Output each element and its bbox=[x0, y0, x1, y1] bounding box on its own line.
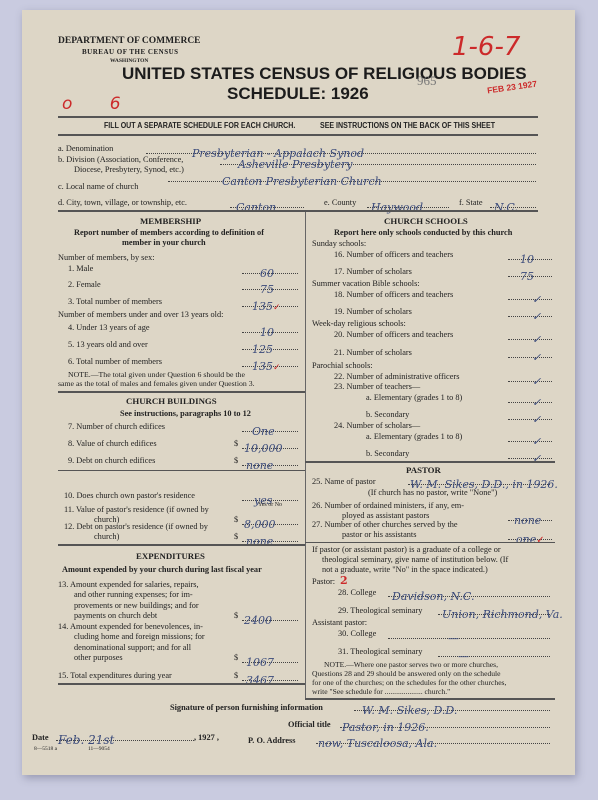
q19-label: 19. Number of scholars bbox=[334, 307, 412, 317]
q13-amount-field[interactable]: 2400 bbox=[242, 609, 298, 621]
q23-label: 23. Number of teachers— bbox=[334, 382, 420, 392]
denomination-label: a. Denomination bbox=[58, 144, 113, 154]
q24a-field[interactable]: ✓ bbox=[508, 430, 552, 442]
q27-label: 27. Number of other churches served by t… bbox=[312, 520, 458, 530]
q3-value: 135 bbox=[252, 300, 273, 313]
q14-label: 14. Amount expended for benevolences, in… bbox=[58, 622, 205, 663]
q9-label: 9. Debt on church edifices bbox=[68, 456, 155, 466]
instruction-left: FILL OUT A SEPARATE SCHEDULE FOR EACH CH… bbox=[104, 120, 295, 130]
members-by-sex-label: Number of members, by sex: bbox=[58, 253, 155, 263]
currency-sign: $ bbox=[234, 611, 238, 621]
division-label: b. Division (Association, Conference, bbox=[58, 155, 183, 165]
q27-field[interactable]: one✓ bbox=[508, 528, 552, 540]
q14-line: other purposes bbox=[74, 653, 205, 663]
membership-intro: Report number of members according to de… bbox=[74, 228, 264, 238]
q7-label: 7. Number of church edifices bbox=[68, 422, 165, 432]
age-label: Number of members under and over 13 year… bbox=[58, 310, 223, 320]
q23b-value: ✓ bbox=[532, 413, 541, 426]
q2-female-field[interactable]: 75 bbox=[242, 278, 298, 290]
signature-label: Signature of person furnishing informati… bbox=[170, 703, 323, 713]
q13-line: provements or new buildings; and for bbox=[74, 601, 199, 611]
local-name-value: Canton Presbyterian Church bbox=[222, 175, 382, 188]
q17-value: 75 bbox=[520, 270, 534, 283]
q13-value: 2400 bbox=[244, 614, 272, 627]
po-address-field[interactable]: now, Tuscaloosa, Ala. bbox=[316, 732, 550, 744]
graduate-instruction: If pastor (or assistant pastor) is a gra… bbox=[312, 545, 501, 555]
date-year: , 1927 , bbox=[194, 733, 219, 743]
q23b-field[interactable]: ✓ bbox=[508, 408, 552, 420]
q26-field[interactable]: none bbox=[508, 509, 552, 521]
q14-line: cluding home and foreign missions; for bbox=[74, 632, 205, 642]
state-field[interactable]: N.C. bbox=[490, 196, 536, 208]
currency-sign: $ bbox=[234, 653, 238, 663]
q23a-label: a. Elementary (grades 1 to 8) bbox=[366, 393, 462, 403]
q11-label: 11. Value of pastor's residence (if owne… bbox=[64, 505, 209, 515]
local-name-field[interactable]: Canton Presbyterian Church bbox=[168, 170, 536, 182]
q24a-label: a. Elementary (grades 1 to 8) bbox=[366, 432, 462, 442]
q13-line: payments on church debt bbox=[74, 611, 199, 621]
buildings-intro: See instructions, paragraphs 10 to 12 bbox=[120, 409, 251, 419]
q13-line: and other running expenses; for im- bbox=[74, 590, 199, 600]
instruction-right: SEE INSTRUCTIONS ON THE BACK OF THIS SHE… bbox=[320, 120, 495, 130]
schools-intro: Report here only schools conducted by th… bbox=[334, 228, 512, 238]
q31-seminary-field[interactable]: — bbox=[438, 645, 550, 657]
local-name-label: c. Local name of church bbox=[58, 182, 138, 192]
signature-field[interactable]: W. M. Sikes, D.D. bbox=[354, 699, 550, 711]
assistant-pastor-label: Assistant pastor: bbox=[312, 618, 367, 628]
note-line: write "See schedule for ................… bbox=[312, 687, 506, 696]
q12-label: 12. Debt on pastor's residence (if owned… bbox=[64, 522, 208, 532]
county-label: e. County bbox=[324, 198, 356, 208]
q10-label: 10. Does church own pastor's residence bbox=[64, 491, 195, 501]
q29-seminary-field[interactable]: Union, Richmond, Va. bbox=[438, 603, 550, 615]
county-field[interactable]: Haywood bbox=[367, 196, 449, 208]
q13-line: 13. Amount expended for salaries, repair… bbox=[58, 580, 199, 590]
checkmark-icon: ✓ bbox=[273, 363, 281, 373]
q6-total-field[interactable]: 135✓ bbox=[242, 355, 298, 367]
q19-field[interactable]: ✓ bbox=[508, 305, 552, 317]
po-address-label: P. O. Address bbox=[248, 736, 296, 746]
q1-male-field[interactable]: 60 bbox=[242, 262, 298, 274]
q6-label: 6. Total number of members bbox=[68, 357, 162, 367]
q18-label: 18. Number of officers and teachers bbox=[334, 290, 453, 300]
q8-label: 8. Value of church edifices bbox=[68, 439, 157, 449]
note-line: Questions 28 and 29 should be answered o… bbox=[312, 669, 506, 678]
q24b-label: b. Secondary bbox=[366, 449, 409, 459]
q20-value: ✓ bbox=[532, 333, 541, 346]
q9-debt-field[interactable]: none bbox=[242, 454, 298, 466]
q29-label: 29. Theological seminary bbox=[338, 606, 422, 616]
q15-value: 3467 bbox=[246, 674, 274, 687]
pastor-label: Pastor: bbox=[312, 577, 335, 587]
q22-value: ✓ bbox=[532, 375, 541, 388]
q8-value-field[interactable]: 10,000 bbox=[242, 437, 298, 449]
q11-value-field[interactable]: 8,000 bbox=[242, 513, 298, 525]
q17-field[interactable]: 75 bbox=[508, 265, 552, 277]
form-number: 965 bbox=[417, 76, 437, 86]
city-field[interactable]: Canton bbox=[230, 196, 304, 208]
q30-college-field[interactable]: — bbox=[388, 627, 550, 639]
membership-note-2: same as the total of males and females g… bbox=[58, 379, 255, 389]
q4-label: 4. Under 13 years of age bbox=[68, 323, 150, 333]
official-title-field[interactable]: Pastor, in 1926. bbox=[340, 716, 550, 728]
membership-intro-2: member in your church bbox=[122, 238, 206, 248]
q5-over13-field[interactable]: 125 bbox=[242, 338, 298, 350]
q12-debt-field[interactable]: none bbox=[242, 530, 298, 542]
state-label: f. State bbox=[459, 198, 483, 208]
q24-label: 24. Number of scholars— bbox=[334, 421, 420, 431]
q28-label: 28. College bbox=[338, 588, 376, 598]
sunday-schools-label: Sunday schools: bbox=[312, 239, 366, 249]
q25-hint: (If church has no pastor, write "None") bbox=[368, 488, 497, 498]
q26-value: none bbox=[514, 514, 541, 527]
po-address-value: now, Tuscaloosa, Ala. bbox=[318, 737, 437, 750]
currency-sign: $ bbox=[234, 439, 238, 449]
expenditures-intro: Amount expended by your church during la… bbox=[62, 565, 262, 575]
q27-label-2: pastor or his assistants bbox=[342, 530, 416, 540]
q14-line: 14. Amount expended for benevolences, in… bbox=[58, 622, 205, 632]
q1-label: 1. Male bbox=[68, 264, 93, 274]
q14-line: denominational support; and for all bbox=[74, 643, 205, 653]
checkmark-icon: ✓ bbox=[536, 535, 544, 546]
q17-label: 17. Number of scholars bbox=[334, 267, 412, 277]
county-value: Haywood bbox=[371, 201, 423, 214]
pastor-note: NOTE.—Where one pastor serves two or mor… bbox=[312, 660, 506, 696]
q2-label: 2. Female bbox=[68, 280, 101, 290]
form-subtitle: SCHEDULE: 1926 bbox=[227, 84, 369, 104]
date-field[interactable]: Feb. 21st bbox=[56, 729, 194, 741]
membership-heading: MEMBERSHIP bbox=[140, 216, 201, 226]
q14-value: 1067 bbox=[246, 656, 274, 669]
q25-label: 25. Name of pastor bbox=[312, 477, 376, 487]
expenditures-heading: EXPENDITURES bbox=[136, 551, 205, 561]
city-value: Canton bbox=[236, 201, 276, 214]
q10-hint: Yes or No bbox=[258, 500, 282, 510]
q24b-field[interactable]: ✓ bbox=[508, 447, 552, 459]
q27-value: one bbox=[516, 533, 536, 546]
currency-sign: $ bbox=[234, 456, 238, 466]
q12-value: none bbox=[246, 535, 273, 548]
q22-field[interactable]: ✓ bbox=[508, 370, 552, 382]
parochial-schools-label: Parochial schools: bbox=[312, 361, 373, 371]
form-code-left: 8—5518 a bbox=[34, 744, 57, 754]
currency-sign: $ bbox=[234, 515, 238, 525]
q16-field[interactable]: 10 bbox=[508, 248, 552, 260]
weekday-schools-label: Week-day religious schools: bbox=[312, 319, 406, 329]
q28-value: Davidson, N.C. bbox=[392, 590, 474, 603]
q14-amount-field[interactable]: 1067 bbox=[242, 651, 298, 663]
q22-label: 22. Number of administrative officers bbox=[334, 372, 459, 382]
form-code-mid: 11—9054 bbox=[88, 744, 110, 754]
q30-label: 30. College bbox=[338, 629, 376, 639]
q24b-value: ✓ bbox=[532, 452, 541, 465]
summer-schools-label: Summer vacation Bible schools: bbox=[312, 279, 420, 289]
form-title: UNITED STATES CENSUS OF RELIGIOUS BODIES bbox=[122, 64, 527, 84]
currency-sign: $ bbox=[234, 671, 238, 681]
q4-under13-field[interactable]: 10 bbox=[242, 321, 298, 333]
q20-label: 20. Number of officers and teachers bbox=[334, 330, 453, 340]
q31-label: 31. Theological seminary bbox=[338, 647, 422, 657]
official-title-label: Official title bbox=[288, 720, 331, 730]
note-line: NOTE.—Where one pastor serves two or mor… bbox=[324, 660, 506, 669]
q7-edifices-field[interactable]: One bbox=[242, 420, 298, 432]
q28-college-field[interactable]: Davidson, N.C. bbox=[388, 585, 550, 597]
q30-value: — bbox=[448, 632, 459, 645]
schools-heading: CHURCH SCHOOLS bbox=[384, 216, 468, 226]
state-value: N.C. bbox=[494, 201, 518, 214]
checkmark-icon: ✓ bbox=[273, 303, 281, 313]
census-schedule-sheet: DEPARTMENT OF COMMERCE BUREAU OF THE CEN… bbox=[22, 10, 575, 775]
q21-value: ✓ bbox=[532, 351, 541, 364]
q3-label: 3. Total number of members bbox=[68, 297, 162, 307]
q19-value: ✓ bbox=[532, 310, 541, 323]
q13-label: 13. Amount expended for salaries, repair… bbox=[58, 580, 199, 621]
q20-field[interactable]: ✓ bbox=[508, 328, 552, 340]
q18-field[interactable]: ✓ bbox=[508, 288, 552, 300]
division-field[interactable]: Asheville Presbytery bbox=[220, 153, 536, 165]
q21-field[interactable]: ✓ bbox=[508, 346, 552, 358]
q26-label: 26. Number of ordained ministers, if any… bbox=[312, 501, 464, 511]
q23a-field[interactable]: ✓ bbox=[508, 391, 552, 403]
q23b-label: b. Secondary bbox=[366, 410, 409, 420]
q12-label-2: church) bbox=[94, 532, 119, 542]
dept-name: DEPARTMENT OF COMMERCE bbox=[58, 36, 201, 46]
city-label: d. City, town, village, or township, etc… bbox=[58, 198, 187, 208]
buildings-heading: CHURCH BUILDINGS bbox=[126, 396, 217, 406]
q29-value: Union, Richmond, Va. bbox=[442, 608, 563, 621]
pastor-red-mark: 2 bbox=[340, 574, 348, 587]
q3-total-field[interactable]: 135✓ bbox=[242, 295, 298, 307]
red-margin-mark: o 6 bbox=[62, 94, 137, 114]
q21-label: 21. Number of scholars bbox=[334, 348, 412, 358]
currency-sign: $ bbox=[234, 532, 238, 542]
graduate-instruction-2: theological seminary, give name of insti… bbox=[322, 555, 508, 565]
q6-value: 135 bbox=[252, 360, 273, 373]
q25-pastor-name-field[interactable]: W. M. Sikes, D.D., in 1926. bbox=[408, 473, 550, 485]
q15-label: 15. Total expenditures during year bbox=[58, 671, 172, 681]
q16-label: 16. Number of officers and teachers bbox=[334, 250, 453, 260]
q5-label: 5. 13 years old and over bbox=[68, 340, 148, 350]
q15-total-field[interactable]: 3467 bbox=[242, 669, 298, 681]
note-line: for one of the churches; on the schedule… bbox=[312, 678, 506, 687]
red-file-code: 1-6-7 bbox=[452, 32, 520, 62]
date-label: Date bbox=[32, 733, 49, 743]
